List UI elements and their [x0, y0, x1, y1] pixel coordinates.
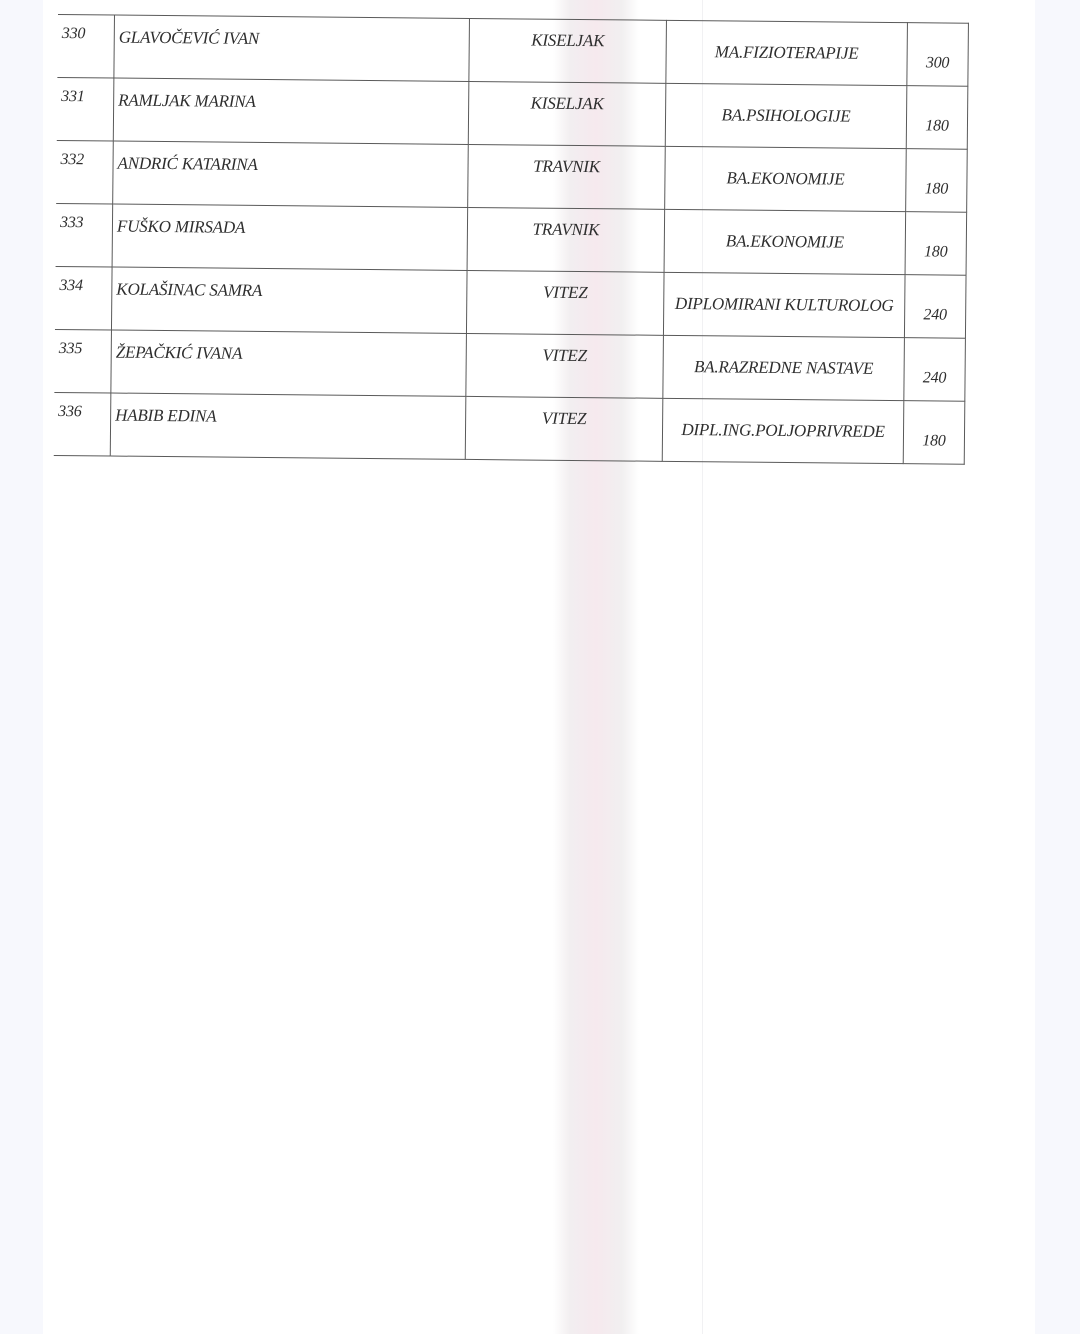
table-row: 331 RAMLJAK MARINA KISELJAK BA.PSIHOLOGI… [57, 77, 968, 149]
city: VITEZ [466, 270, 664, 335]
row-number: 330 [57, 14, 114, 78]
candidate-table: 330 GLAVOČEVIĆ IVAN KISELJAK MA.FIZIOTER… [54, 14, 969, 465]
full-name: GLAVOČEVIĆ IVAN [114, 15, 470, 81]
degree: DIPL.ING.POLJOPRIVREDE [662, 398, 904, 463]
degree: BA.EKONOMIJE [665, 146, 907, 211]
ects-credits: 180 [905, 212, 967, 276]
full-name: RAMLJAK MARINA [113, 78, 469, 144]
ects-credits: 180 [903, 401, 965, 465]
full-name: ŽEPAČKIĆ IVANA [111, 330, 467, 396]
city: TRAVNIK [468, 144, 666, 209]
full-name: FUŠKO MIRSADA [112, 204, 468, 270]
degree: BA.PSIHOLOGIJE [665, 83, 907, 148]
city: KISELJAK [469, 18, 667, 83]
degree: BA.EKONOMIJE [664, 209, 906, 274]
candidate-table-wrapper: 330 GLAVOČEVIĆ IVAN KISELJAK MA.FIZIOTER… [54, 14, 969, 465]
ects-credits: 300 [907, 23, 969, 87]
table-row: 330 GLAVOČEVIĆ IVAN KISELJAK MA.FIZIOTER… [57, 14, 968, 86]
ects-credits: 240 [904, 275, 966, 339]
row-number: 333 [56, 203, 113, 267]
ects-credits: 180 [906, 149, 968, 213]
city: VITEZ [466, 333, 664, 398]
row-number: 331 [57, 77, 114, 141]
row-number: 332 [56, 140, 113, 204]
table-row: 334 KOLAŠINAC SAMRA VITEZ DIPLOMIRANI KU… [55, 266, 966, 338]
ects-credits: 180 [906, 86, 968, 150]
table-row: 332 ANDRIĆ KATARINA TRAVNIK BA.EKONOMIJE… [56, 140, 967, 212]
city: VITEZ [465, 396, 663, 461]
table-row: 336 HABIB EDINA VITEZ DIPL.ING.POLJOPRIV… [54, 392, 965, 464]
row-number: 336 [54, 392, 111, 456]
full-name: KOLAŠINAC SAMRA [111, 267, 467, 333]
ects-credits: 240 [904, 338, 966, 402]
full-name: HABIB EDINA [110, 393, 466, 459]
row-number: 335 [54, 329, 111, 393]
city: TRAVNIK [467, 207, 665, 272]
degree: DIPLOMIRANI KULTUROLOG [663, 272, 905, 337]
row-number: 334 [55, 266, 112, 330]
scanned-page: 330 GLAVOČEVIĆ IVAN KISELJAK MA.FIZIOTER… [43, 0, 1035, 1334]
degree: MA.FIZIOTERAPIJE [666, 20, 908, 85]
full-name: ANDRIĆ KATARINA [113, 141, 469, 207]
city: KISELJAK [468, 81, 666, 146]
degree: BA.RAZREDNE NASTAVE [663, 335, 905, 400]
table-row: 335 ŽEPAČKIĆ IVANA VITEZ BA.RAZREDNE NAS… [54, 329, 965, 401]
table-row: 333 FUŠKO MIRSADA TRAVNIK BA.EKONOMIJE 1… [56, 203, 967, 275]
